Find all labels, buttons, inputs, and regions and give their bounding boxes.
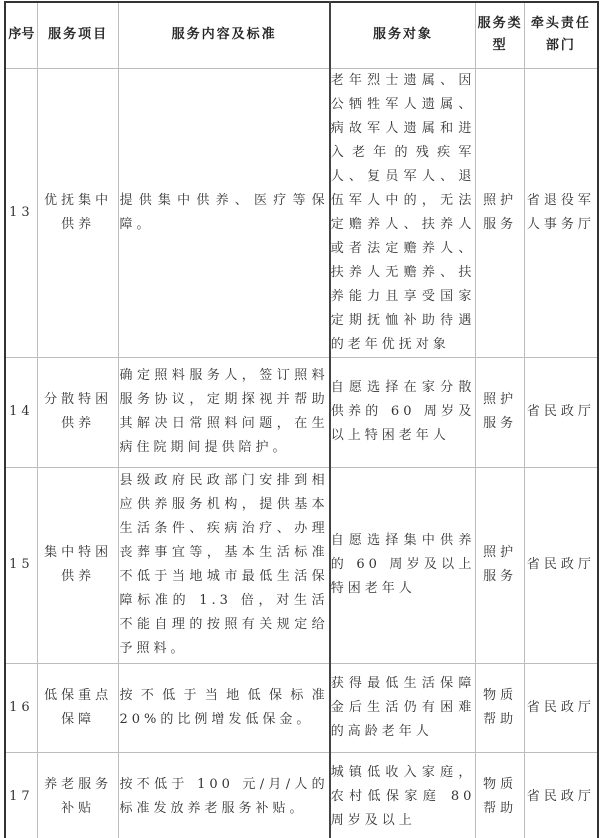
row-target: 老年烈士遗属、因公牺牲军人遗属、病故军人遗属和进入老年的残疾军人、复员军人、退伍…: [330, 68, 476, 357]
table-row: 15 集中特困供养 县级政府民政部门安排到相应供养服务机构，提供基本生活条件、疾…: [5, 467, 598, 663]
table-row: 16 低保重点保障 按不低于当地低保标准20%的比例增发低保金。 获得最低生活保…: [5, 663, 598, 752]
row-target: 获得最低生活保障金后生活仍有困难的高龄老年人: [330, 663, 476, 752]
row-num: 16: [5, 663, 37, 752]
header-item: 服务项目: [37, 2, 119, 68]
row-content: 提供集中供养、医疗等保障。: [119, 68, 330, 357]
row-content: 按不低于 100 元/月/人的标准发放养老服务补贴。: [119, 752, 330, 838]
row-item: 养老服务补贴: [37, 752, 119, 838]
header-type: 服务类型: [476, 2, 524, 68]
row-target: 自愿选择集中供养的 60 周岁及以上特困老年人: [330, 467, 476, 663]
row-num: 13: [5, 68, 37, 357]
row-dept: 省民政厅: [524, 467, 598, 663]
table-row: 14 分散特困供养 确定照料服务人，签订照料服务协议，定期探视并帮助其解决日常照…: [5, 357, 598, 467]
header-content: 服务内容及标准: [119, 2, 330, 68]
row-target: 自愿选择在家分散供养的 60 周岁及以上特困老年人: [330, 357, 476, 467]
row-item: 低保重点保障: [37, 663, 119, 752]
elderly-services-table: 序号 服务项目 服务内容及标准 服务对象 服务类型 牵头责任部门 13 优抚集中…: [4, 1, 599, 838]
row-dept: 省民政厅: [524, 663, 598, 752]
row-type: 物质帮助: [476, 752, 524, 838]
header-num: 序号: [5, 2, 37, 68]
row-dept: 省民政厅: [524, 357, 598, 467]
row-type: 物质帮助: [476, 663, 524, 752]
row-content: 县级政府民政部门安排到相应供养服务机构，提供基本生活条件、疾病治疗、办理丧葬事宜…: [119, 467, 330, 663]
table-row: 17 养老服务补贴 按不低于 100 元/月/人的标准发放养老服务补贴。 城镇低…: [5, 752, 598, 838]
table-header-row: 序号 服务项目 服务内容及标准 服务对象 服务类型 牵头责任部门: [5, 2, 598, 68]
row-num: 15: [5, 467, 37, 663]
row-item: 集中特困供养: [37, 467, 119, 663]
row-target: 城镇低收入家庭，农村低保家庭 80 周岁及以上: [330, 752, 476, 838]
row-num: 17: [5, 752, 37, 838]
row-content: 按不低于当地低保标准20%的比例增发低保金。: [119, 663, 330, 752]
header-dept: 牵头责任部门: [524, 2, 598, 68]
row-num: 14: [5, 357, 37, 467]
row-type: 照护服务: [476, 357, 524, 467]
row-type: 照护服务: [476, 68, 524, 357]
row-content: 确定照料服务人，签订照料服务协议，定期探视并帮助其解决日常照料问题，在生病住院期…: [119, 357, 330, 467]
table-row: 13 优抚集中供养 提供集中供养、医疗等保障。 老年烈士遗属、因公牺牲军人遗属、…: [5, 68, 598, 357]
row-dept: 省退役军人事务厅: [524, 68, 598, 357]
row-dept: 省民政厅: [524, 752, 598, 838]
row-type: 照护服务: [476, 467, 524, 663]
header-target: 服务对象: [330, 2, 476, 68]
row-item: 分散特困供养: [37, 357, 119, 467]
row-item: 优抚集中供养: [37, 68, 119, 357]
